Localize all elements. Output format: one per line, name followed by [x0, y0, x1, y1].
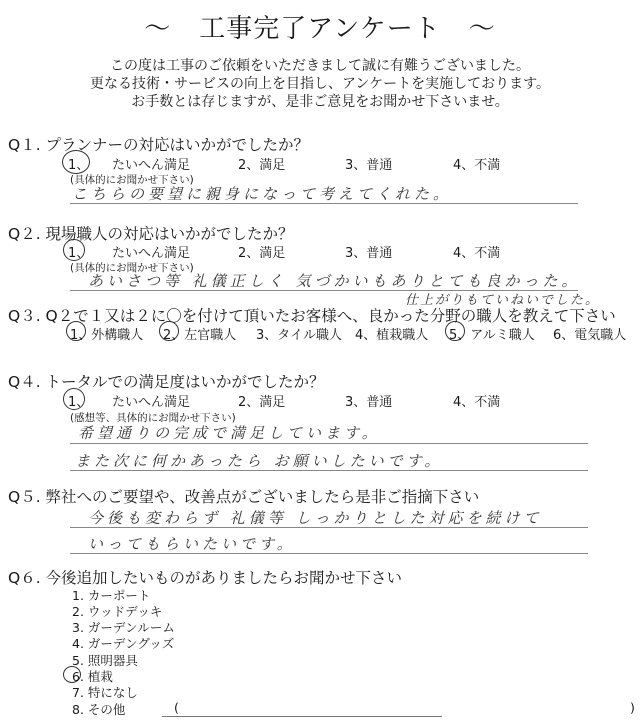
q6-other-close-paren: ) [630, 700, 635, 715]
q1-option-2: 2、満足 [238, 154, 285, 173]
q2-option-2: 2、満足 [238, 242, 285, 261]
q4-answer-rule-2 [70, 470, 588, 471]
q4-answer-rule-1 [70, 443, 588, 444]
q3-option-1: 1、外構職人 [70, 324, 143, 343]
q5-answer-rule-1 [70, 527, 588, 528]
q6-item-8: 8. その他 [72, 700, 125, 718]
q5-answer-line-2: いってもらいたいです。 [88, 533, 296, 554]
q3-option-3: 3、タイル職人 [256, 324, 342, 343]
q4-option-2: 2、満足 [238, 391, 285, 410]
q1-option-4: 4、不満 [453, 154, 500, 173]
q6-other-line [162, 716, 442, 717]
q2-option-1-num: 1、 [68, 242, 89, 261]
q3-option-5: 5、アルミ職人 [449, 324, 535, 343]
q2-option-3: 3、普通 [345, 242, 392, 261]
q6-other-open-paren: ( [174, 700, 179, 715]
q1-option-3: 3、普通 [345, 154, 392, 173]
q5-question: Q５. 弊社へのご要望や、改善点がございましたら是非ご指摘下さい [8, 485, 479, 507]
q1-option-1: たいへん満足 [112, 154, 190, 173]
q4-answer-line-2: また次に何かあったら お願いしたいです。 [75, 450, 443, 471]
q6-item-4: 4. ガーデングッズ [72, 634, 174, 652]
q5-answer-rule-2 [70, 553, 588, 554]
title-text: 工事完了アンケート [199, 14, 440, 44]
q6-item-7: 7. 特になし [72, 683, 138, 701]
q1-option-1-num: 1、 [68, 154, 89, 173]
q4-option-4: 4、不満 [453, 391, 500, 410]
q5-answer-line-1: 今後も変わらず 礼儀等 しっかりとした対応を続けて [88, 507, 543, 528]
q6-question: Q６. 今後追加したいものがありましたらお聞かせ下さい [8, 566, 402, 588]
q4-option-3: 3、普通 [345, 391, 392, 410]
q3-option-6: 6、電気職人 [553, 324, 626, 343]
intro-line-2: 更なる技術・サービスの向上を目指し、アンケートを実施しております。 [0, 76, 640, 93]
intro-line-1: この度は工事のご依頼をいただきまして誠に有難うございました。 [0, 58, 640, 75]
q2-option-1: たいへん満足 [112, 242, 190, 261]
q1-answer: こちらの要望に親身になって考えてくれた。 [72, 183, 452, 204]
q1-answer-line [70, 203, 578, 204]
q3-option-4: 4、植栽職人 [355, 324, 428, 343]
q4-option-1-num: 1、 [68, 391, 89, 410]
q2-question: Q２. 現場職人の対応はいかがでしたか？ [8, 222, 294, 244]
q3-option-2: 2、左官職人 [163, 324, 236, 343]
title-decoration-left: ～ [144, 14, 171, 44]
q4-question: Q４. トータルでの満足度はいかがでしたか？ [8, 370, 325, 392]
q2-answer: あいさつ等 礼儀正しく 気づかいもありとても良かった。 [88, 270, 581, 291]
q1-question: Q１. プランナーの対応はいかがでしたか？ [8, 133, 309, 155]
survey-title: ～工事完了アンケート～ [0, 8, 640, 45]
q4-option-1: たいへん満足 [112, 391, 190, 410]
q3-question: Q３. Q２で１又は２に〇を付けて頂いたお客様へ、良かった分野の職人を教えて下さ… [8, 304, 616, 326]
title-decoration-right: ～ [469, 14, 496, 44]
q2-option-4: 4、不満 [453, 242, 500, 261]
intro-line-3: お手数とは存じますが、是非ご意見をお聞かせ下さいませ。 [0, 94, 640, 111]
q4-answer-line-1: 希望通りの完成で満足しています。 [78, 422, 381, 443]
